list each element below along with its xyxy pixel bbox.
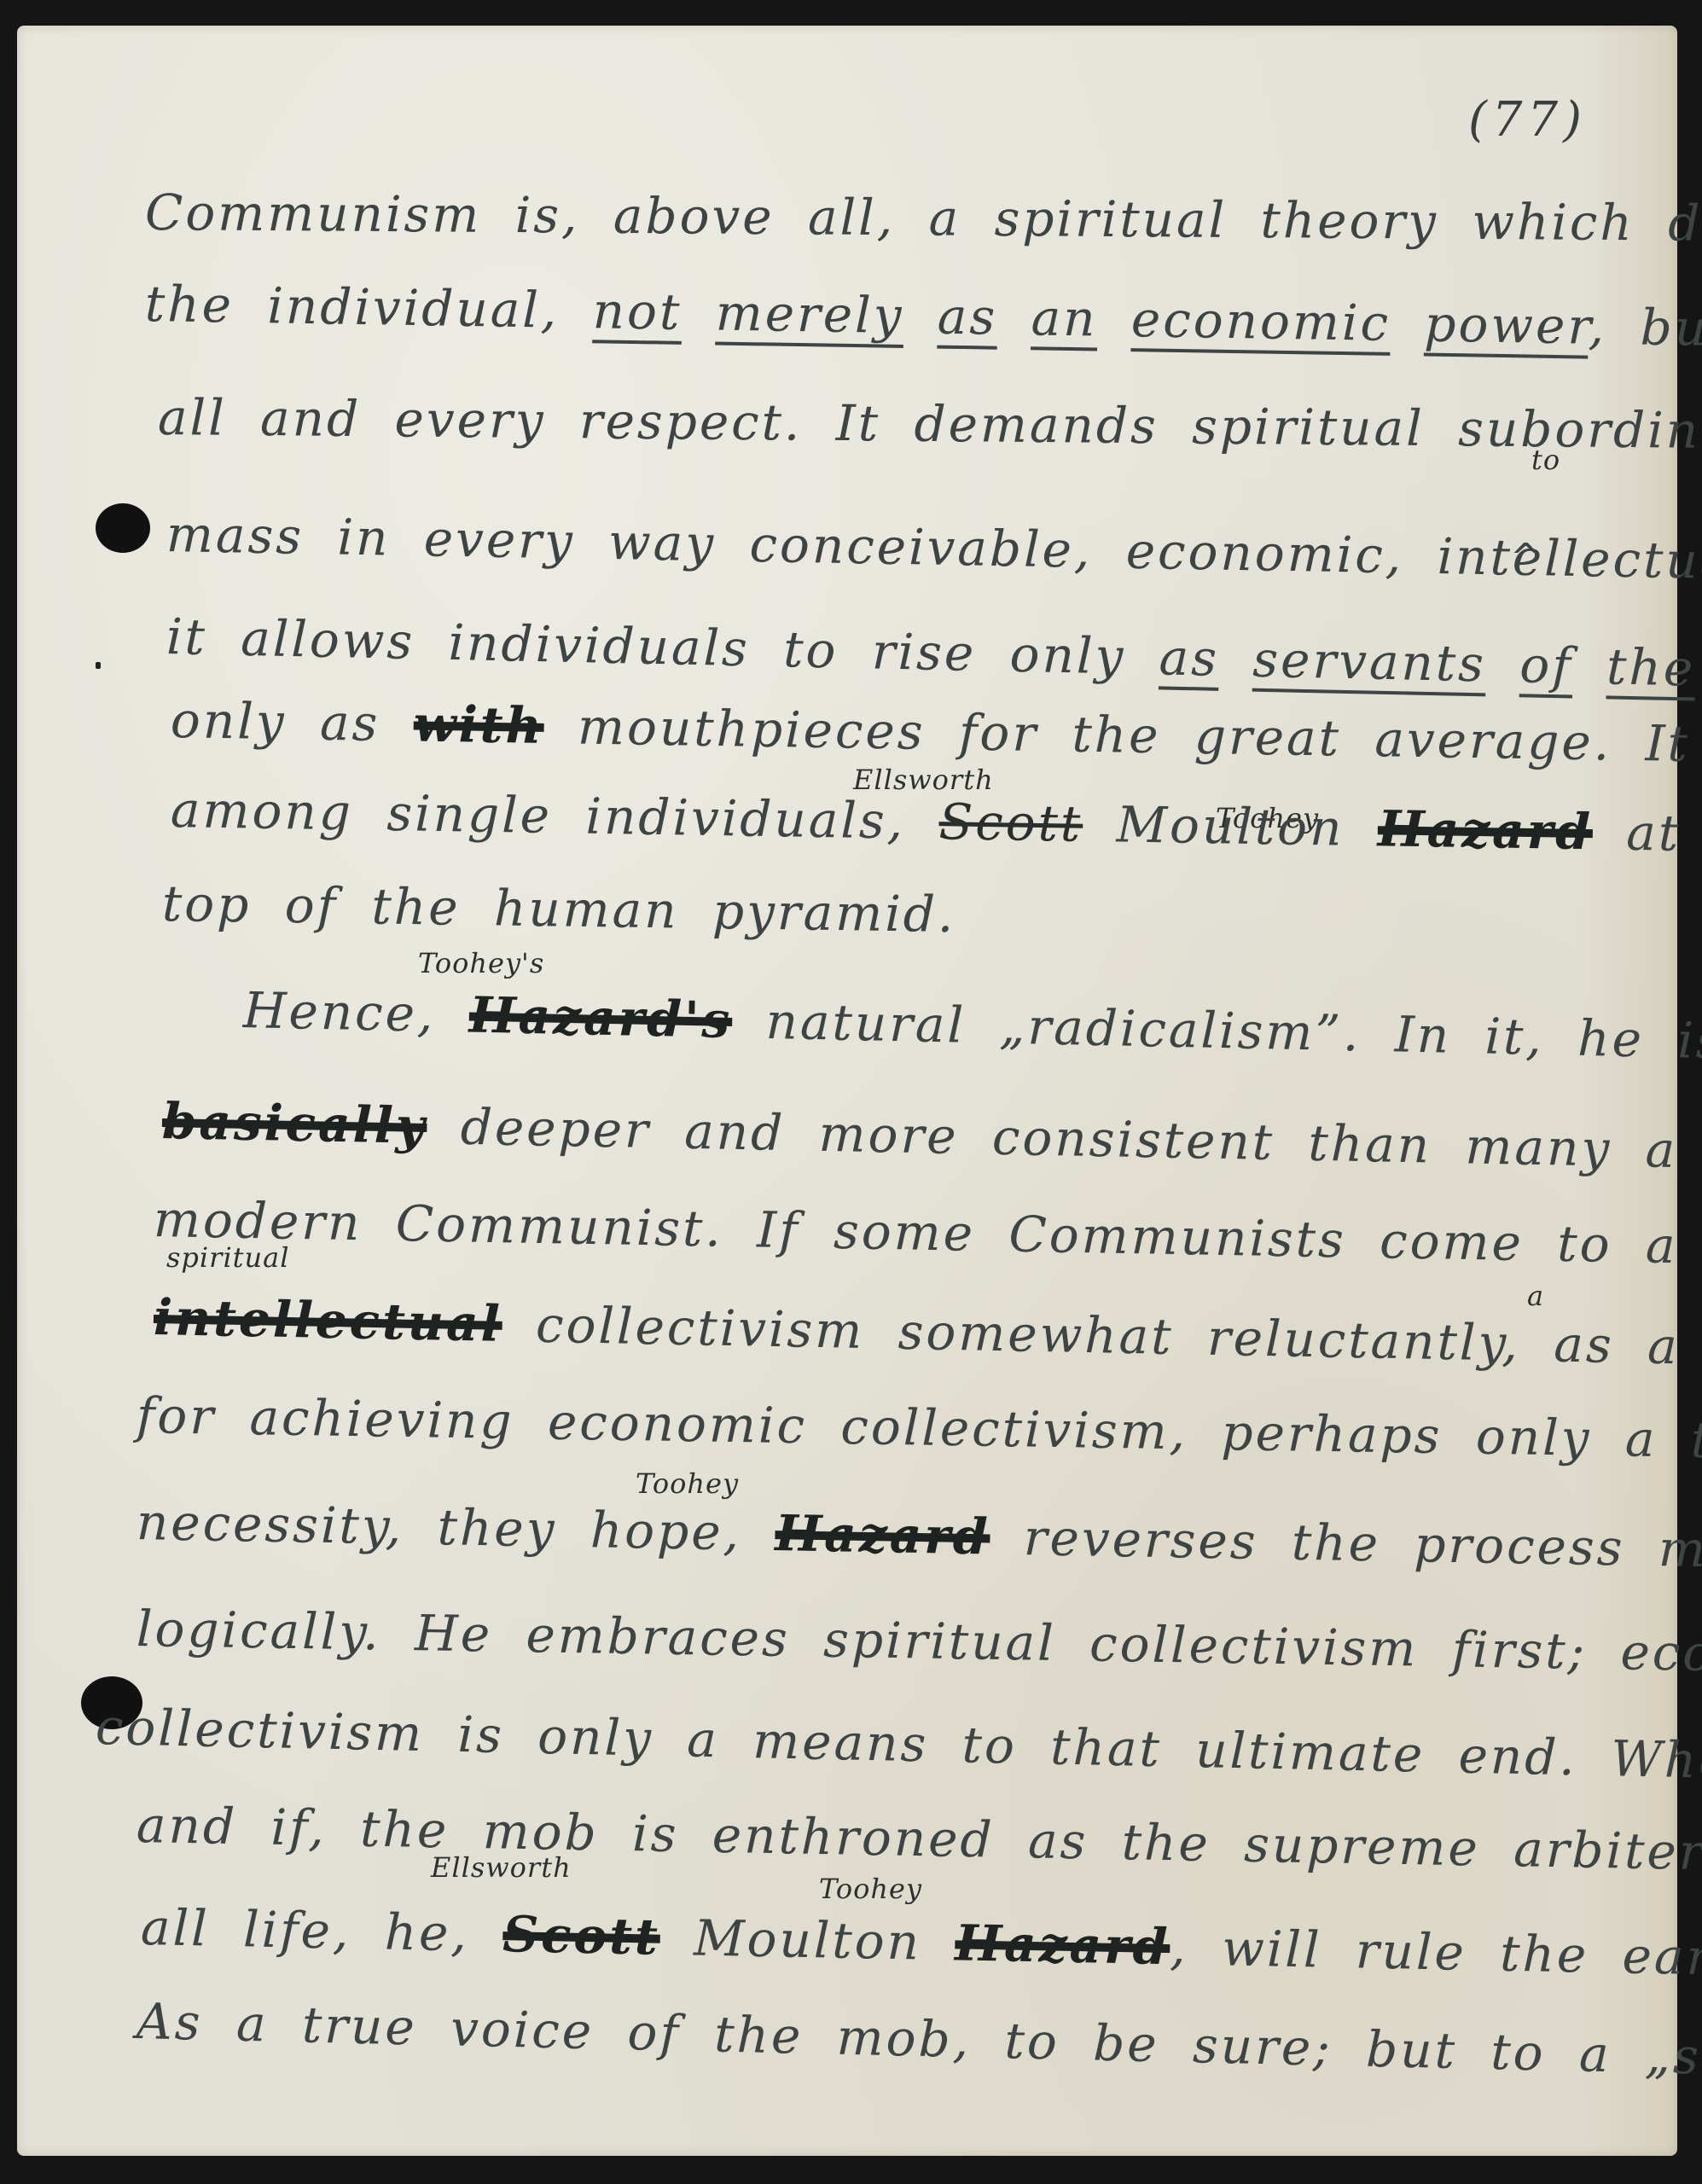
line-text	[997, 288, 1032, 347]
line-text: at the	[1592, 803, 1702, 864]
underlined-word: the	[1606, 637, 1696, 697]
line-text: the individual,	[144, 275, 593, 340]
binder-hole-top	[96, 503, 150, 553]
line-text	[1097, 290, 1132, 349]
scribbled-out-word: Scott	[502, 1905, 661, 1966]
underlined-word: as	[937, 288, 997, 346]
scribbled-out-word: intellectual	[153, 1288, 502, 1353]
scribbled-out-word: basically	[161, 1092, 427, 1155]
line-text: necessity, they hope,	[136, 1493, 775, 1562]
underlined-word: of	[1519, 636, 1574, 694]
line-text: top of the human pyramid.	[162, 874, 956, 944]
struck-out-word: Scott	[938, 793, 1083, 853]
underlined-word: economic	[1130, 290, 1391, 352]
insertion-ellsworth-2: Ellsworth	[431, 1851, 572, 1884]
scribbled-out-word: with	[413, 694, 544, 754]
manuscript-line-1: Communism is, above all, a spiritual the…	[145, 183, 1702, 253]
line-text	[1390, 294, 1425, 353]
insertion-a: a	[1527, 1280, 1544, 1312]
line-text	[903, 287, 938, 346]
scribbled-out-word: Hazard	[1377, 799, 1593, 861]
line-text: Communism is, above all, a spiritual the…	[145, 183, 1702, 253]
insertion-spiritual: spiritual	[166, 1241, 289, 1274]
insertion-toohey-3: Toohey	[819, 1873, 922, 1905]
scribbled-out-word: Hazard's	[468, 986, 733, 1049]
ink-speck	[96, 662, 101, 669]
line-text: all life, he,	[140, 1898, 503, 1963]
underlined-word: an	[1031, 288, 1098, 347]
line-text: Moulton	[659, 1908, 956, 1972]
line-text	[1485, 635, 1520, 694]
underlined-word: merely	[715, 284, 904, 345]
insertion-toohey-possessive: Toohey's	[418, 947, 544, 979]
line-text	[682, 283, 717, 342]
line-text	[1572, 637, 1607, 696]
line-text: Moulton	[1083, 795, 1379, 857]
page-number: (77)	[1468, 92, 1587, 148]
insertion-toohey-2: Toohey	[636, 1467, 739, 1500]
underlined-word: as	[1159, 628, 1220, 687]
scribbled-out-word: Hazard	[955, 1914, 1170, 1976]
scribbled-out-word: Hazard	[775, 1504, 990, 1565]
manuscript-line-8: top of the human pyramid.	[162, 874, 956, 944]
insertion-to: to	[1531, 444, 1560, 476]
line-text: only as	[170, 691, 414, 752]
underlined-word: servants	[1252, 630, 1487, 694]
underlined-word: not	[592, 282, 683, 341]
line-text: among single individuals,	[170, 781, 939, 851]
line-text: , will rule the earth:	[1170, 1918, 1702, 1988]
line-text: Hence,	[242, 981, 469, 1044]
underlined-word: power	[1424, 295, 1589, 356]
line-text	[1218, 630, 1253, 688]
line-text	[1694, 640, 1702, 699]
line-text: , but in	[1588, 298, 1702, 359]
